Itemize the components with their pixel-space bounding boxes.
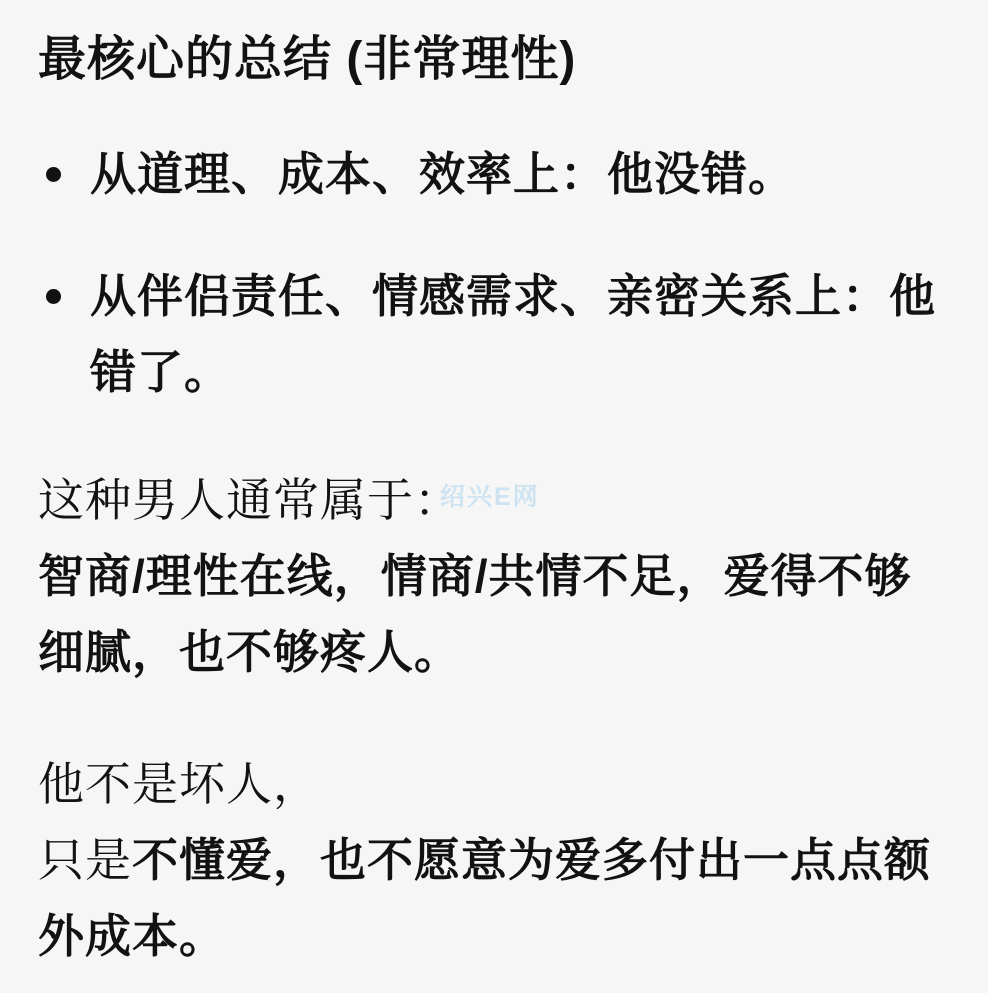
summary-bullet-list: 从道理、成本、效率上：他没错。 从伴侣责任、情感需求、亲密关系上：他错了。 bbox=[38, 136, 958, 410]
document-page: 最核心的总结 (非常理性) 从道理、成本、效率上：他没错。 从伴侣责任、情感需求… bbox=[0, 0, 988, 993]
type-description-paragraph: 这种男人通常属于： 智商/理性在线，情商/共情不足，爱得不够细腻，也不够疼人。 bbox=[38, 462, 958, 690]
list-item: 从道理、成本、效率上：他没错。 bbox=[38, 136, 958, 212]
conclusion-line2-bold: 不懂爱，也不愿意为爱多付出一点点额外成本。 bbox=[38, 834, 931, 962]
bullet-dot-icon bbox=[46, 289, 61, 304]
conclusion-line1: 他不是坏人， bbox=[38, 758, 320, 810]
type-bold-description: 智商/理性在线，情商/共情不足，爱得不够细腻，也不够疼人。 bbox=[38, 550, 912, 678]
list-item: 从伴侣责任、情感需求、亲密关系上：他错了。 bbox=[38, 258, 958, 410]
bullet-text-rational: 从道理、成本、效率上：他没错。 bbox=[90, 148, 795, 200]
bullet-text-emotional: 从伴侣责任、情感需求、亲密关系上：他错了。 bbox=[90, 270, 936, 398]
bullet-dot-icon bbox=[46, 167, 61, 182]
conclusion-paragraph: 他不是坏人， 只是不懂爱，也不愿意为爱多付出一点点额外成本。 bbox=[38, 746, 958, 974]
conclusion-line2-prefix: 只是 bbox=[38, 834, 132, 886]
type-intro-text: 这种男人通常属于： bbox=[38, 474, 461, 526]
page-title: 最核心的总结 (非常理性) bbox=[38, 30, 958, 90]
